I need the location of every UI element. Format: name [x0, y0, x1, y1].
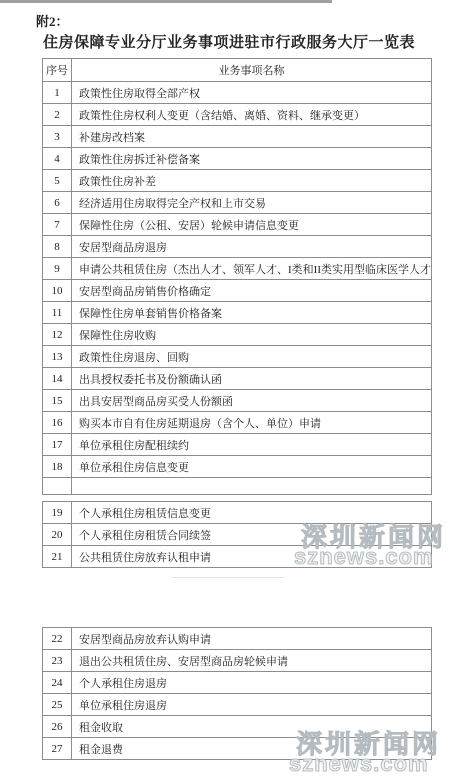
table-row: 1政策性住房取得全部产权: [43, 82, 432, 104]
row-item-name: 购买本市自有住房延期退房（含个人、单位）申请: [72, 412, 432, 434]
table-row: 22安居型商品房放弃认购申请: [43, 628, 432, 650]
row-index: 24: [43, 672, 72, 694]
row-index: 8: [43, 236, 72, 258]
row-item-name: 安居型商品房销售价格确定: [72, 280, 432, 302]
table-row: 3补建房改档案: [43, 126, 432, 148]
row-index: 19: [43, 502, 72, 524]
header-index: 序号: [43, 59, 72, 82]
table-row: 8安居型商品房退房: [43, 236, 432, 258]
row-item-name: 租金退费: [72, 738, 432, 760]
table-row: 25单位承租住房退房: [43, 694, 432, 716]
row-item-name: 补建房改档案: [72, 126, 432, 148]
table-row: 15出具安居型商品房买受人份额函: [43, 390, 432, 412]
table-row: 21公共租赁住房放弃认租申请: [43, 546, 432, 568]
row-index: 9: [43, 258, 72, 280]
empty-cell: [72, 478, 432, 495]
table-row: 6经济适用住房取得完全产权和上市交易: [43, 192, 432, 214]
table-row: 13政策性住房退房、回购: [43, 346, 432, 368]
row-index: 22: [43, 628, 72, 650]
row-item-name: 政策性住房补差: [72, 170, 432, 192]
row-item-name: 出具授权委托书及份额确认函: [72, 368, 432, 390]
row-index: 16: [43, 412, 72, 434]
row-index: 5: [43, 170, 72, 192]
row-index: 3: [43, 126, 72, 148]
services-table-section-2: 19个人承租住房租赁信息变更20个人承租住房租赁合同续签21公共租赁住房放弃认租…: [42, 501, 432, 568]
row-item-name: 个人承租住房租赁信息变更: [72, 502, 432, 524]
row-item-name: 保障性住房（公租、安居）轮候申请信息变更: [72, 214, 432, 236]
table-row: 7保障性住房（公租、安居）轮候申请信息变更: [43, 214, 432, 236]
table-row: 24个人承租住房退房: [43, 672, 432, 694]
table-row: 18单位承租住房信息变更: [43, 456, 432, 478]
row-item-name: 租金收取: [72, 716, 432, 738]
row-item-name: 政策性住房退房、回购: [72, 346, 432, 368]
table-row: 2政策性住房权利人变更（含结婚、离婚、资料、继承变更）: [43, 104, 432, 126]
attachment-label: 附2：: [36, 11, 69, 30]
page-title: 住房保障专业分厅业务事项进驻市行政服务大厅一览表: [0, 31, 458, 52]
row-index: 25: [43, 694, 72, 716]
services-table-section-3: 22安居型商品房放弃认购申请23退出公共租赁住房、安居型商品房轮候申请24个人承…: [42, 627, 432, 760]
table-row: 4政策性住房拆迁补偿备案: [43, 148, 432, 170]
row-index: 20: [43, 524, 72, 546]
row-item-name: 单位承租住房退房: [72, 694, 432, 716]
row-index: 7: [43, 214, 72, 236]
row-item-name: 保障性住房收购: [72, 324, 432, 346]
row-item-name: 公共租赁住房放弃认租申请: [72, 546, 432, 568]
row-index: 10: [43, 280, 72, 302]
table-header-row: 序号 业务事项名称: [43, 59, 432, 82]
table-row: 26租金收取: [43, 716, 432, 738]
table-row: 11保障性住房单套销售价格备案: [43, 302, 432, 324]
row-index: 11: [43, 302, 72, 324]
row-index: 13: [43, 346, 72, 368]
empty-cell: [43, 478, 72, 495]
row-index: 14: [43, 368, 72, 390]
row-item-name: 个人承租住房租赁合同续签: [72, 524, 432, 546]
row-index: 18: [43, 456, 72, 478]
row-item-name: 保障性住房单套销售价格备案: [72, 302, 432, 324]
table-row: 17单位承租住房配租续约: [43, 434, 432, 456]
row-item-name: 经济适用住房取得完全产权和上市交易: [72, 192, 432, 214]
row-index: 17: [43, 434, 72, 456]
row-index: 27: [43, 738, 72, 760]
document-page: 附2： 住房保障专业分厅业务事项进驻市行政服务大厅一览表 序号 业务事项名称 1…: [0, 0, 458, 780]
page-break-line: [172, 577, 284, 578]
table-row: 20个人承租住房租赁合同续签: [43, 524, 432, 546]
row-item-name: 政策性住房取得全部产权: [72, 82, 432, 104]
table-row: 23退出公共租赁住房、安居型商品房轮候申请: [43, 650, 432, 672]
row-item-name: 单位承租住房信息变更: [72, 456, 432, 478]
table-row: 12保障性住房收购: [43, 324, 432, 346]
table-row: 19个人承租住房租赁信息变更: [43, 502, 432, 524]
table-row: 5政策性住房补差: [43, 170, 432, 192]
empty-row: [43, 478, 432, 495]
row-index: 6: [43, 192, 72, 214]
row-index: 15: [43, 390, 72, 412]
table-row: 27租金退费: [43, 738, 432, 760]
row-index: 1: [43, 82, 72, 104]
row-item-name: 安居型商品房放弃认购申请: [72, 628, 432, 650]
header-item-name: 业务事项名称: [72, 59, 432, 82]
row-item-name: 政策性住房权利人变更（含结婚、离婚、资料、继承变更）: [72, 104, 432, 126]
row-item-name: 政策性住房拆迁补偿备案: [72, 148, 432, 170]
row-index: 4: [43, 148, 72, 170]
row-item-name: 出具安居型商品房买受人份额函: [72, 390, 432, 412]
row-index: 23: [43, 650, 72, 672]
row-item-name: 个人承租住房退房: [72, 672, 432, 694]
row-index: 26: [43, 716, 72, 738]
row-item-name: 安居型商品房退房: [72, 236, 432, 258]
row-item-name: 退出公共租赁住房、安居型商品房轮候申请: [72, 650, 432, 672]
table-row: 10安居型商品房销售价格确定: [43, 280, 432, 302]
row-item-name: 单位承租住房配租续约: [72, 434, 432, 456]
services-table-section-1: 序号 业务事项名称 1政策性住房取得全部产权2政策性住房权利人变更（含结婚、离婚…: [42, 58, 432, 495]
scan-edge-strip: [0, 0, 332, 3]
row-item-name: 申请公共租赁住房（杰出人才、领军人才、I类和II类实用型临床医学人才）: [72, 258, 432, 280]
table-row: 14出具授权委托书及份额确认函: [43, 368, 432, 390]
row-index: 21: [43, 546, 72, 568]
row-index: 2: [43, 104, 72, 126]
row-index: 12: [43, 324, 72, 346]
table-row: 16购买本市自有住房延期退房（含个人、单位）申请: [43, 412, 432, 434]
table-row: 9申请公共租赁住房（杰出人才、领军人才、I类和II类实用型临床医学人才）: [43, 258, 432, 280]
